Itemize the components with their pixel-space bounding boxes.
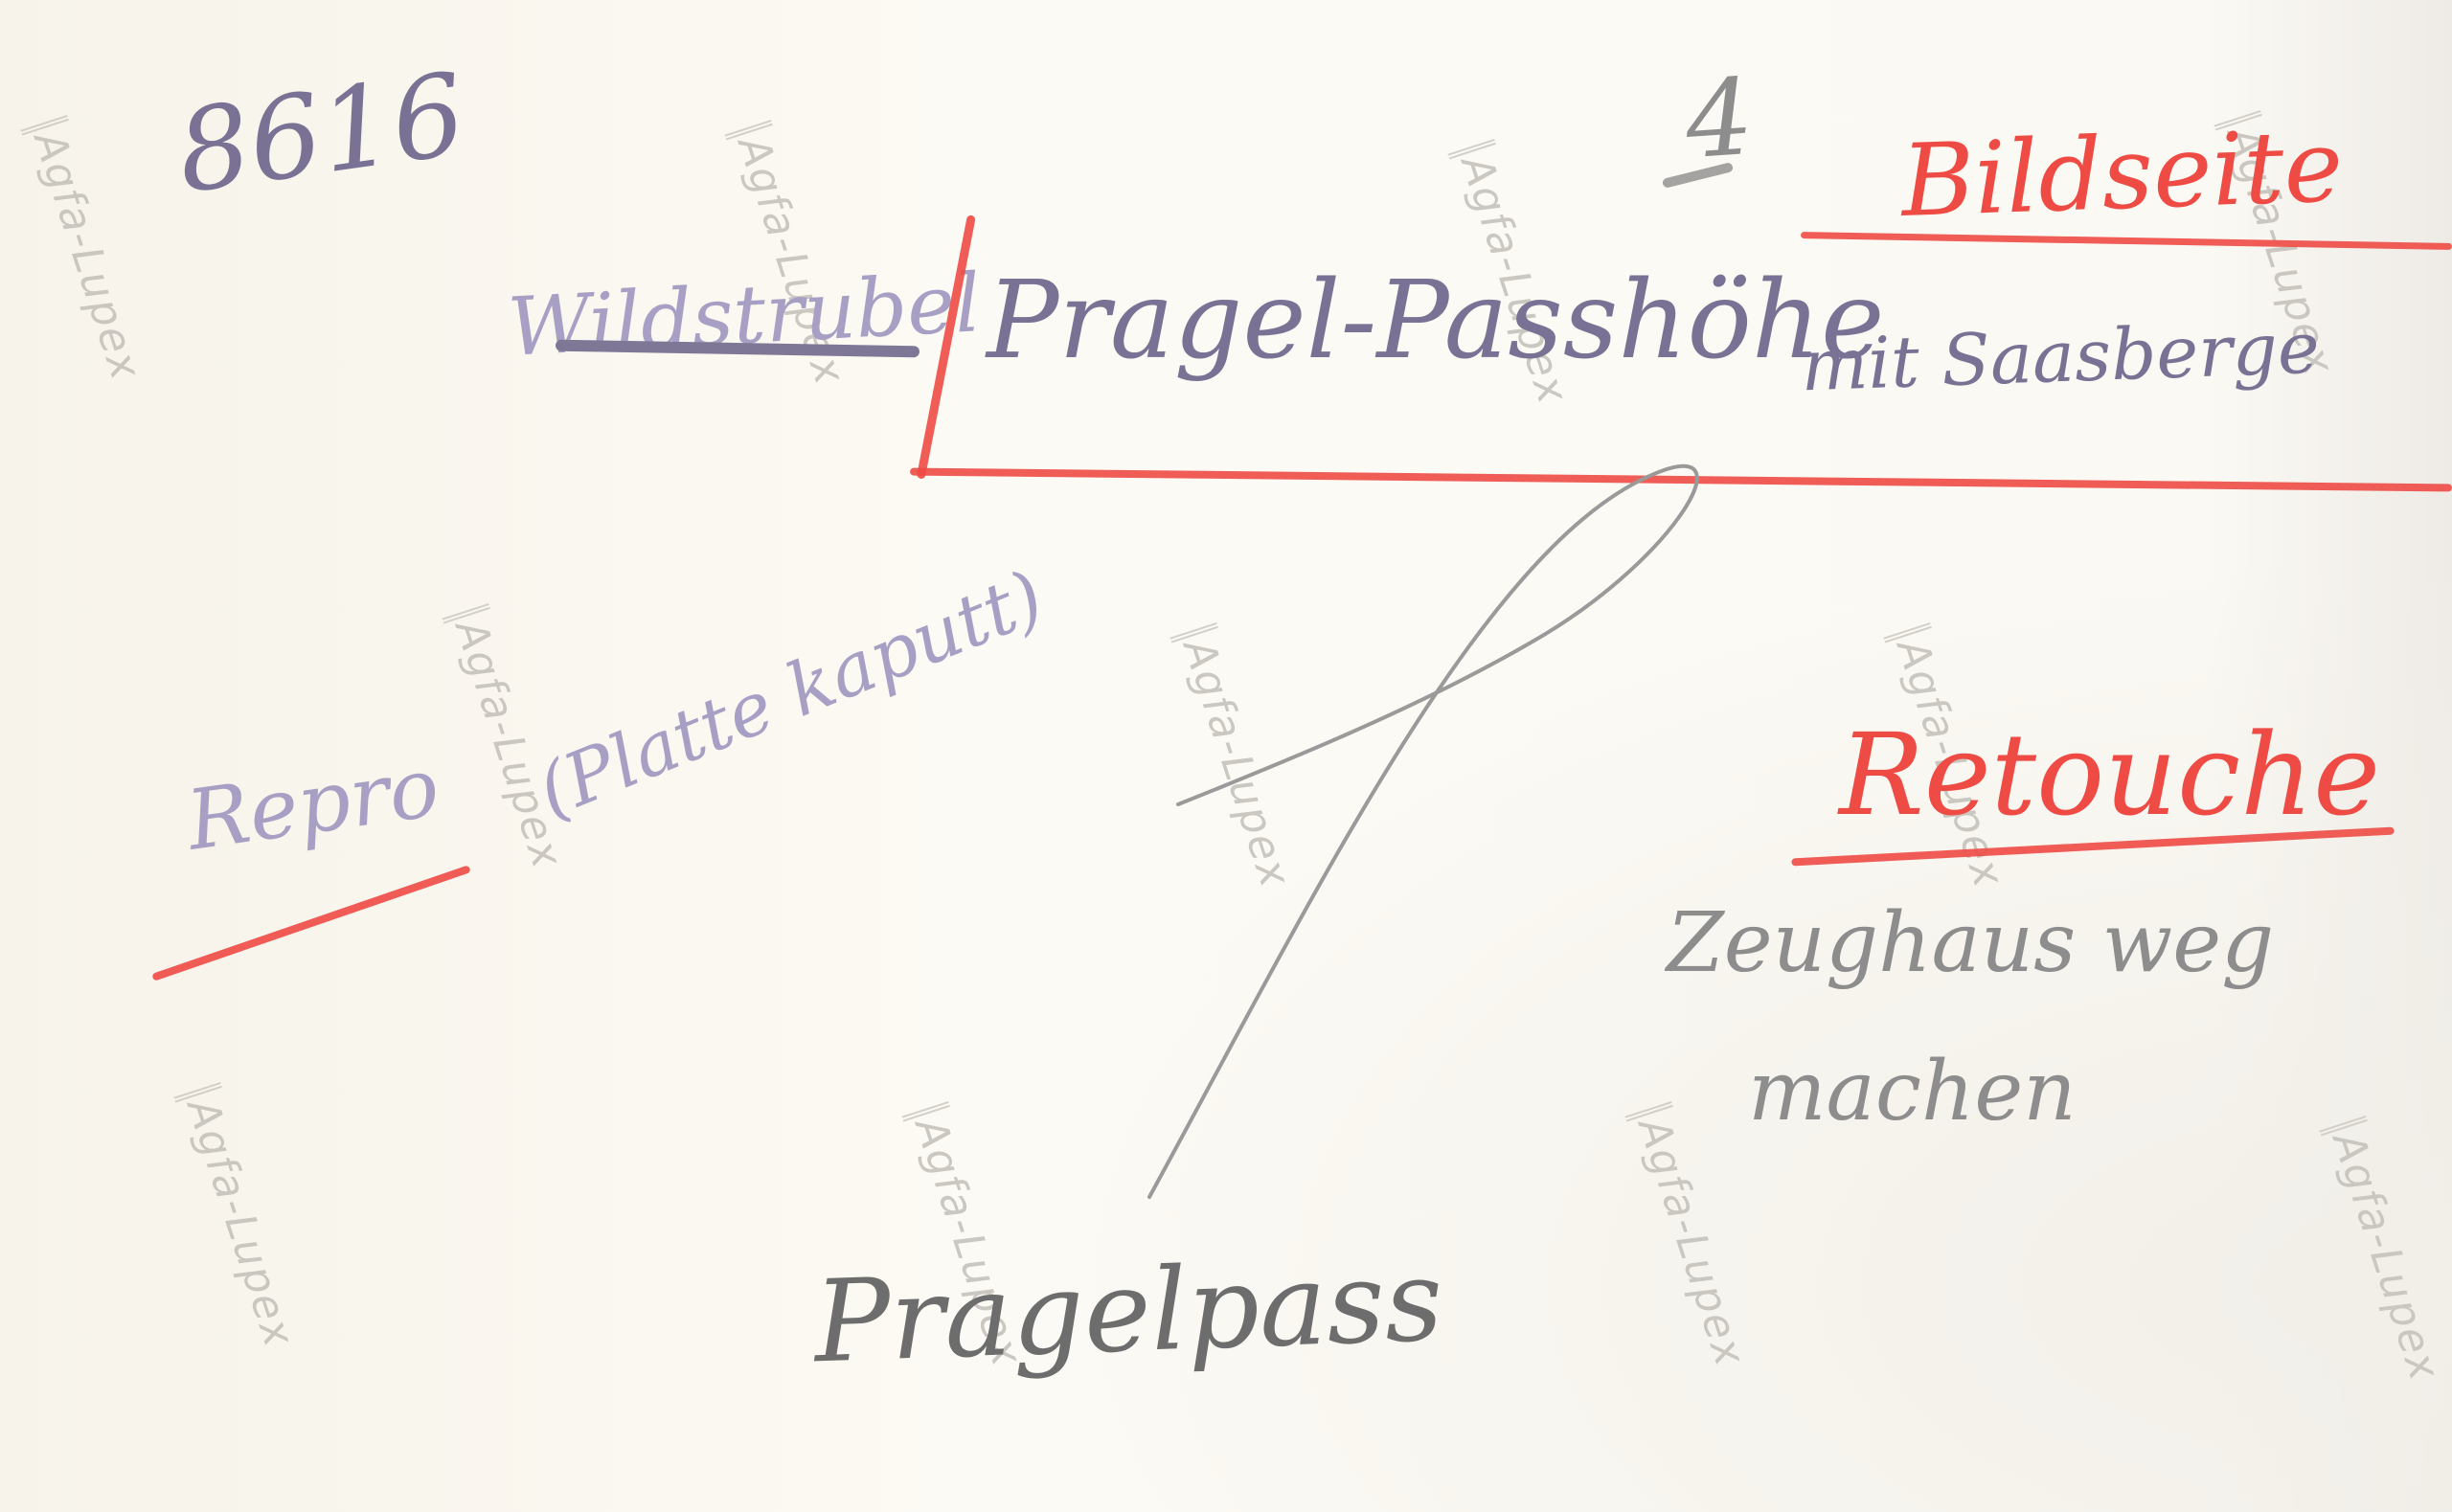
title-text: Pragel-Passhöhe — [987, 259, 1884, 383]
retouch-note-line-1: Zeughaus weg — [1667, 895, 2274, 991]
retouch-note-line-2: machen — [1748, 1044, 2077, 1140]
pass-label: Pragelpass — [812, 1234, 1445, 1388]
mark-number: 4 — [1682, 56, 1758, 183]
red-top-annotation: Bildseite — [1899, 107, 2345, 239]
pencil-check-stroke — [1130, 450, 1753, 1216]
retouch-label: Retouche — [1839, 709, 2380, 841]
